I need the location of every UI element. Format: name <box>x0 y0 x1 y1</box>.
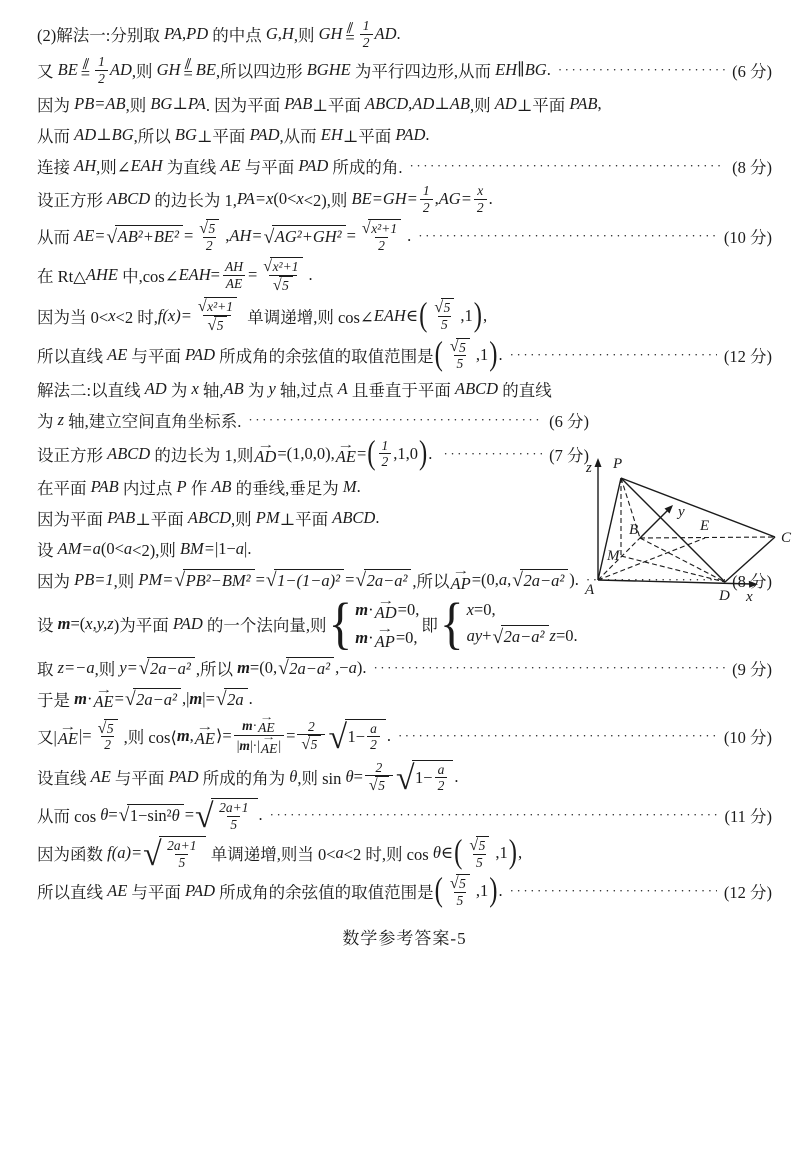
numerator: √5 <box>446 338 474 356</box>
square-root: √1−sin²θ <box>119 804 184 826</box>
score-label: (10 分) <box>724 724 772 748</box>
text-run: 的边长为 1, <box>150 187 237 211</box>
text-run: = <box>347 226 356 246</box>
solution-line: 设正方形 ABCD 的边长为 1,则→AD=(1,0,0),→AE=(12,1,… <box>37 438 589 470</box>
math-run: AD <box>145 379 167 399</box>
numerator: √5 <box>195 219 223 237</box>
math-run: 2a−a² <box>150 659 191 679</box>
text-run: |= <box>79 726 92 746</box>
figure-label-c: C <box>781 530 792 546</box>
text-run: . <box>375 508 379 528</box>
text-run: =0, <box>474 600 496 620</box>
math-run: a <box>438 762 445 778</box>
fraction: √x²+12 <box>358 219 405 253</box>
text-run: |·| <box>250 738 260 754</box>
square-root: √2a+15 <box>143 836 205 870</box>
math-vector-name: m <box>242 718 253 734</box>
big-parens: (√55,1) <box>434 338 499 372</box>
math-run: BM= <box>180 539 215 559</box>
text-run: 因为平面 <box>37 506 107 530</box>
text-run: , <box>483 306 487 326</box>
math-run: x <box>477 183 483 199</box>
math-run: AG= <box>439 189 472 209</box>
radical-sign: √ <box>174 572 185 590</box>
dots-leader: ········································… <box>410 158 726 174</box>
fraction: 2a+15 <box>164 838 199 870</box>
text-run: 因为函数 <box>37 841 107 865</box>
math-run: θ <box>100 805 108 825</box>
text-run: 的直线 <box>498 377 552 401</box>
math-run: PAB <box>91 477 119 497</box>
fraction: √x²+1√5 <box>259 257 306 293</box>
text-run: . 因为平面 <box>206 92 284 116</box>
square-root: √x²+1 <box>198 297 237 315</box>
math-run: 2 <box>98 71 105 87</box>
segment-BD <box>640 538 725 582</box>
text-run: 为平行四边形,从而 <box>351 58 495 82</box>
math-run: PB²−BM² <box>186 571 251 591</box>
fraction: m·→AE|m|·|→AE| <box>234 716 284 756</box>
math-run: θ <box>433 843 441 863</box>
math-run: 5 <box>479 838 486 854</box>
x-axis <box>598 580 751 584</box>
math-run: 1 <box>98 54 105 70</box>
text-run: 为 <box>167 377 192 401</box>
math-run: 5 <box>107 721 114 737</box>
square-root: √2a−a² <box>125 688 181 710</box>
math-run: ABCD <box>455 379 498 399</box>
text-run: 设正方形 <box>37 187 107 211</box>
math-run: G <box>266 24 278 44</box>
math-run: AB <box>224 379 244 399</box>
text-run: . <box>407 226 411 246</box>
math-run: PD <box>186 24 208 44</box>
text-run: 1− <box>415 768 433 788</box>
radical-sign: √ <box>139 660 150 678</box>
text-run: 的垂线,垂足为 <box>232 475 343 499</box>
math-run: x,y,z <box>85 614 113 634</box>
equation-system: {x=0,ay+√2a−a²z=0. <box>440 600 578 647</box>
math-run: 5 <box>476 855 483 871</box>
solution-line: 于是 m·→AE=√2a−a²,|m|=√2a. <box>37 685 772 712</box>
text-run: . <box>547 60 551 80</box>
square-root: √5 <box>273 276 293 294</box>
text-run: <2),则 <box>304 187 352 211</box>
text-run: ,1 <box>476 881 488 901</box>
fraction: 12 <box>379 438 392 470</box>
math-run: 2 <box>378 238 385 254</box>
radicand: PB²−BM² <box>183 569 255 591</box>
text-run: 所成角的余弦值的取值范围是 <box>215 343 434 367</box>
denominator: √5 <box>203 315 231 334</box>
text-run: = <box>108 805 117 825</box>
radical-sign: √ <box>207 319 216 333</box>
text-run: 与平面 <box>241 154 299 178</box>
radical-sign: √ <box>355 572 366 590</box>
denominator: 5 <box>473 854 486 871</box>
solution-line: 设直线 AE 与平面 PAD 所成的角为 θ,则 sin θ=2√5√1−a2. <box>37 760 772 794</box>
fraction: AHAE <box>222 259 246 291</box>
solution-line: 因为 PB=AB,则 BG⊥PA. 因为平面 PAB⊥平面 ABCD,AD⊥AB… <box>37 90 772 117</box>
numerator: √5 <box>430 298 458 316</box>
text-run: 与平面 <box>127 343 185 367</box>
math-run: PB=AB <box>74 94 125 114</box>
denominator: |m|·|→AE| <box>234 735 284 755</box>
score-label: (11 分) <box>724 803 772 827</box>
math-run: PAB <box>284 94 312 114</box>
text-run: 因为 <box>37 92 74 116</box>
square-root: √5 <box>199 219 219 237</box>
math-run: PAD <box>173 614 203 634</box>
radical-sign: √ <box>143 842 162 867</box>
math-run: AE <box>220 156 240 176</box>
text-run: <2 时,则 cos <box>344 841 433 865</box>
math-run: H <box>282 24 294 44</box>
vector: →AD <box>375 598 397 622</box>
math-run: AHE <box>86 265 118 285</box>
text-run: ,所以 <box>412 568 449 592</box>
math-run: a <box>336 843 344 863</box>
math-run: AB <box>211 477 231 497</box>
math-run: AE= <box>74 226 105 246</box>
math-run: θ <box>289 767 297 787</box>
text-run: 单调递增,则 cos∠ <box>243 304 374 328</box>
dots-leader: ········································… <box>373 660 725 676</box>
square-root: √AB²+BE² <box>106 225 183 247</box>
text-run: ,则 <box>126 92 151 116</box>
square-root: √1−(1−a)² <box>266 569 344 591</box>
case-row: x=0, <box>467 600 496 620</box>
numerator: a <box>367 721 380 737</box>
vector: →AP <box>451 568 471 592</box>
square-root: √2a−a² <box>278 657 334 679</box>
fraction: x2 <box>474 183 487 215</box>
solution-line: (2)解法一:分别取 PA,PD 的中点 G,H,则 GH∥=12AD. <box>37 18 772 50</box>
text-run: 的一个法向量,则 <box>203 612 327 636</box>
denominator: 2 <box>420 199 433 216</box>
text-run: |= <box>202 689 215 709</box>
text-run: = <box>248 265 257 285</box>
radical-sign: √ <box>125 691 136 709</box>
radical-sign: √ <box>469 839 478 853</box>
math-run: x <box>296 189 303 209</box>
math-run: AG²+GH² <box>275 227 342 247</box>
close-paren: ) <box>473 297 483 335</box>
square-root: √5 <box>98 719 118 737</box>
numerator: √5 <box>94 719 122 737</box>
solution-line: 在平面 PAB 内过点 P 作 AB 的垂线,垂足为 M. <box>37 474 589 501</box>
text-run: . <box>425 125 429 145</box>
text-run: ,1,0 <box>393 444 418 464</box>
math-run: AB <box>450 94 470 114</box>
vector: →AE <box>336 442 356 466</box>
text-run: 解法二:以直线 <box>37 377 145 401</box>
numerator: 1 <box>95 54 108 70</box>
big-parens: (√55,1) <box>434 874 499 908</box>
numerator: 1 <box>360 18 373 34</box>
text-run: . <box>357 477 361 497</box>
square-root: √1−a2 <box>328 719 385 753</box>
solution-line: 取 z=−a,则 y=√2a−a²,所以 m=(0,√2a−a²,−a).···… <box>37 654 772 681</box>
dots-leader: ········································… <box>558 62 725 78</box>
math-vector-name: m <box>189 689 202 709</box>
text-run: <2),则 <box>132 537 180 561</box>
math-run: AD <box>495 94 517 114</box>
text-run: . <box>387 726 391 746</box>
text-run: ∈ <box>441 843 453 863</box>
numerator: a <box>435 762 448 778</box>
text-run: 1− <box>348 727 366 747</box>
math-run: AE <box>226 276 243 292</box>
denominator: 2 <box>375 237 388 254</box>
math-run: PAD <box>298 156 328 176</box>
text-run: ,| <box>182 689 189 709</box>
math-run: EH <box>321 125 343 145</box>
text-run: . <box>309 265 313 285</box>
score-label: (6 分) <box>732 58 772 82</box>
text-run: , <box>190 726 194 746</box>
text-run: ∈ <box>406 306 418 326</box>
fraction: √52 <box>94 719 122 753</box>
text-run: . <box>454 767 458 787</box>
math-run: AH <box>225 259 243 275</box>
dots-leader: ········································… <box>510 883 717 899</box>
text-run: . <box>259 805 263 825</box>
radicand: 2a <box>224 688 248 710</box>
paren-content: √55,1 <box>444 874 488 908</box>
denominator: 2 <box>435 777 448 794</box>
radical-sign: √ <box>278 660 289 678</box>
text-run: ,1 <box>495 843 507 863</box>
text-run: 从而 cos <box>37 803 100 827</box>
math-run: 5 <box>311 737 318 753</box>
vector: →AE <box>93 687 113 711</box>
text-run: ,则 cos⟨ <box>124 724 177 748</box>
radical-sign: √ <box>450 877 459 891</box>
math-run: 2a−a² <box>504 627 545 647</box>
text-run: , <box>507 570 511 590</box>
text-run: · <box>253 718 258 734</box>
dots-leader: ········································… <box>444 446 543 462</box>
vector-arrow: → <box>452 568 469 574</box>
radicand: 2a−a² <box>286 657 334 679</box>
figure-label-d: D <box>718 588 730 604</box>
solution-line: 从而 AD⊥BG,所以 BG⊥平面 PAD,从而 EH⊥平面 PAD. <box>37 121 772 148</box>
math-run: 2 <box>206 238 213 254</box>
math-run: EAH <box>131 156 163 176</box>
math-run: 5 <box>178 855 185 871</box>
vector-arrow: → <box>377 598 394 604</box>
math-run: PM= <box>138 570 173 590</box>
dots-leader: ········································… <box>398 728 717 744</box>
square-root: √AG²+GH² <box>264 225 346 247</box>
vector-arrow: → <box>337 442 354 448</box>
math-run: y <box>268 379 275 399</box>
square-root: √x²+1 <box>362 219 401 237</box>
radical-sign: √ <box>106 229 117 247</box>
text-run: 设正方形 <box>37 442 107 466</box>
text-run: 的边长为 1,则 <box>150 442 253 466</box>
fraction: 2√5 <box>297 719 325 753</box>
math-run: 2 <box>438 778 445 794</box>
math-run: 1 <box>363 18 370 34</box>
vector-arrow: → <box>376 626 393 632</box>
case-rows: x=0,ay+√2a−a²z=0. <box>467 600 578 647</box>
math-run: BG <box>525 60 547 80</box>
math-run: PA=x <box>237 189 274 209</box>
score-label: (8 分) <box>732 154 772 178</box>
score-label: (12 分) <box>724 879 772 903</box>
case-row: m·→AD=0, <box>355 598 419 622</box>
figure-label-x: x <box>745 589 753 605</box>
text-run: = <box>357 444 366 464</box>
radicand: 2a−a² <box>501 625 549 647</box>
text-run: ∥ <box>517 60 525 80</box>
square-root: √5 <box>469 836 489 854</box>
math-run: a <box>349 658 357 678</box>
math-run: 2 <box>370 737 377 753</box>
close-paren: ) <box>488 336 498 374</box>
math-run: 2a−a² <box>367 571 408 591</box>
vector: →AD <box>254 442 276 466</box>
solution-line: 从而 AE=√AB²+BE²=√52,AH=√AG²+GH²=√x²+12.··… <box>37 219 772 253</box>
text-run: ,则 sin <box>297 765 345 789</box>
case-row: m·→AP=0, <box>355 626 417 650</box>
numerator: √x²+1 <box>194 297 241 315</box>
denominator: 2 <box>203 237 216 254</box>
math-vector-name: m <box>239 738 250 754</box>
math-run: ay <box>467 626 483 646</box>
equation-system: {m·→AD=0,m·→AP=0, <box>329 598 420 650</box>
vector-arrow: → <box>259 716 273 721</box>
score-label: (10 分) <box>724 224 772 248</box>
segment-MD <box>621 556 725 582</box>
text-run: )为平面 <box>114 612 173 636</box>
text-run: ⟩= <box>216 726 232 746</box>
radical-sign: √ <box>492 629 503 647</box>
math-run: x <box>108 306 115 326</box>
text-run: ⊥ <box>434 94 450 114</box>
text-run: 内过点 <box>119 475 177 499</box>
fraction: 12 <box>360 18 373 50</box>
text-run: . <box>397 24 401 44</box>
text-run: ,1 <box>460 306 472 326</box>
math-run: A <box>338 379 348 399</box>
text-run: . <box>499 345 503 365</box>
system-brace: { <box>440 601 464 647</box>
math-run: PAD <box>185 881 215 901</box>
text-run: ,所以 <box>196 656 237 680</box>
text-run: · <box>87 689 93 709</box>
math-vector-name: m <box>74 689 87 709</box>
text-run: 设 <box>37 612 58 636</box>
square-root: √x²+1 <box>263 257 302 275</box>
radicand: 2a+15 <box>159 836 205 870</box>
text-run: ,则 <box>294 22 319 46</box>
math-run: x <box>467 600 474 620</box>
radicand: 2a−a² <box>147 657 195 679</box>
dots-leader: ········································… <box>270 807 718 823</box>
vector: →AE <box>58 724 78 748</box>
text-run: = <box>211 265 220 285</box>
figure-label-p: P <box>612 456 622 472</box>
parallel-equal-symbol: ∥= <box>81 60 90 81</box>
math-run: 2a−a² <box>523 571 564 591</box>
denominator: √5 <box>269 275 297 294</box>
math-run: BE <box>196 60 216 80</box>
text-run: <2 时, <box>116 304 158 328</box>
solution-line: 为 z 轴,建立空间直角坐标系.························… <box>37 407 589 434</box>
math-run: 2 <box>308 719 315 735</box>
radical-sign: √ <box>369 779 378 793</box>
math-run: AE <box>107 881 127 901</box>
text-run: 因为 <box>37 568 74 592</box>
math-run: AH= <box>229 226 262 246</box>
numerator: √x²+1 <box>358 219 405 237</box>
score-label: (6 分) <box>549 408 589 432</box>
numerator: √x²+1 <box>259 257 306 275</box>
radical-sign: √ <box>273 279 282 293</box>
text-run: ,则 <box>231 506 256 530</box>
math-run: 2a+1 <box>167 838 196 854</box>
text-run: 从而 <box>37 123 74 147</box>
text-run: ,则 <box>132 58 157 82</box>
text-run: 轴,过点 <box>276 377 338 401</box>
figure-label-b: B <box>629 522 638 538</box>
radical-sign: √ <box>198 300 207 314</box>
text-run: = <box>345 570 354 590</box>
text-run: 所成角的余弦值的取值范围是 <box>215 879 434 903</box>
denominator: √5 <box>297 734 325 753</box>
math-run: 5 <box>459 876 466 892</box>
text-run: ,则 <box>114 568 139 592</box>
numerator: √5 <box>446 874 474 892</box>
math-vector-name: m <box>58 614 71 634</box>
text-run: ⊥平面 <box>517 92 570 116</box>
math-run: PM <box>256 508 280 528</box>
text-run: ). <box>357 658 367 678</box>
text-run: =(0, <box>472 570 499 590</box>
solution-line: 所以直线 AE 与平面 PAD 所成角的余弦值的取值范围是(√55,1).···… <box>37 338 772 372</box>
text-run: 所以直线 <box>37 343 107 367</box>
edge-PC <box>621 478 775 537</box>
radicand: 2a−a² <box>520 569 568 591</box>
text-run: 作 <box>187 475 212 499</box>
text-run: = <box>286 726 295 746</box>
square-root: √2a−a² <box>512 569 568 591</box>
edge-BC <box>640 537 775 538</box>
text-run: =0, <box>398 600 420 620</box>
square-root: √2a−a² <box>355 569 411 591</box>
math-run: AD <box>110 60 132 80</box>
radical-sign: √ <box>98 722 107 736</box>
math-run: z=−a <box>58 658 95 678</box>
math-run: AB²+BE² <box>118 227 179 247</box>
fraction: √55 <box>465 836 493 870</box>
paren-content: 12,1,0 <box>377 438 419 470</box>
math-run: GH <box>157 60 181 80</box>
math-vector-name: m <box>237 658 250 678</box>
fraction: 2√5 <box>365 760 393 794</box>
solution-line: 解法二:以直线 AD 为 x 轴,AB 为 y 轴,过点 A 且垂直于平面 AB… <box>37 376 589 403</box>
radical-sign: √ <box>263 260 272 274</box>
math-run: a <box>124 539 132 559</box>
math-run: BG <box>112 125 134 145</box>
denominator: 2 <box>360 34 373 51</box>
square-root: √5 <box>369 776 389 794</box>
math-run: BE=GH= <box>352 189 418 209</box>
radicand: 1−sin²θ <box>127 804 184 826</box>
